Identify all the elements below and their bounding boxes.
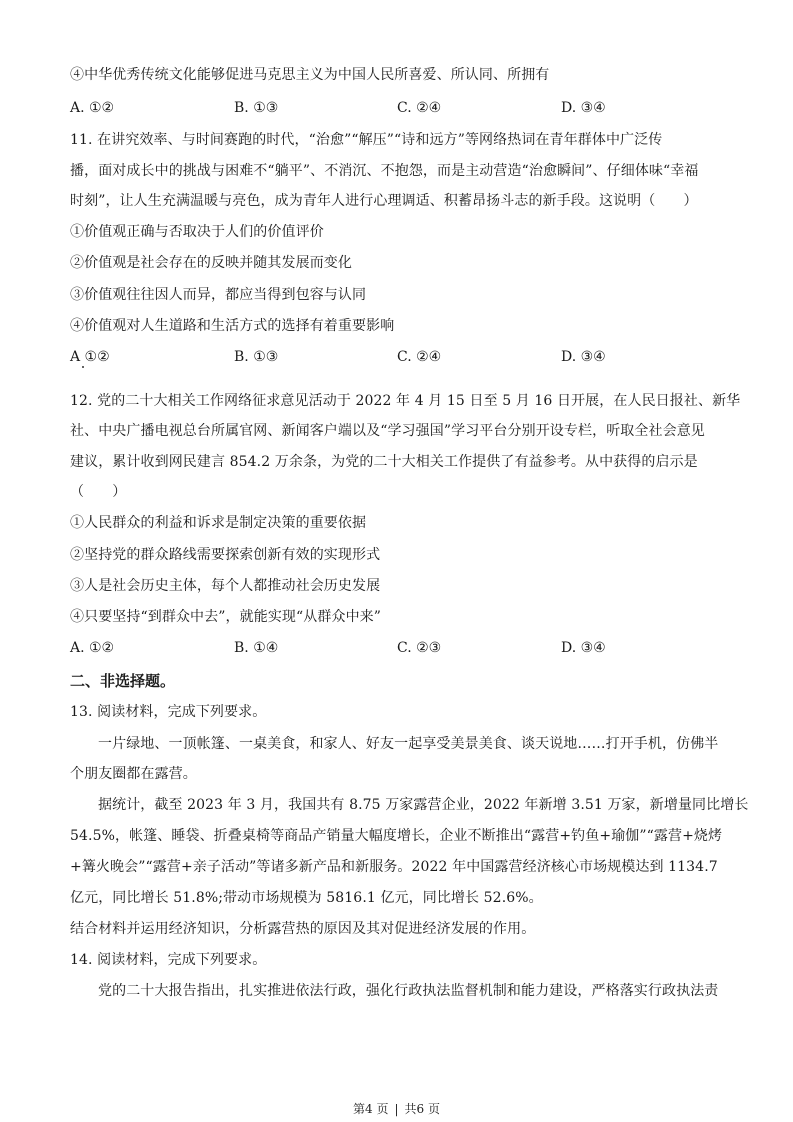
q10-option-b: B. ①③	[234, 98, 278, 118]
q12-statement-2: ②坚持党的群众路线需要探索创新有效的实现形式	[70, 545, 726, 565]
q12-statement-1: ①人民群众的利益和诉求是制定决策的重要依据	[70, 513, 726, 533]
q10-statement-4: ④中华优秀传统文化能够促进马克思主义为中国人民所喜爱、所认同、所拥有	[70, 65, 726, 85]
section-heading: 二、非选择题。	[70, 671, 175, 691]
q10-option-a: A. ①②	[70, 98, 114, 118]
q11-option-c: C. ②④	[397, 347, 441, 367]
q13-task: 结合材料并运用经济知识，分析露营热的原因及其对促进经济发展的作用。	[70, 919, 726, 939]
q12-stem-line-1: 12. 党的二十大相关工作网络征求意见活动于 2022 年 4 月 15 日至 …	[70, 391, 726, 411]
q11-options: A ①② B. ①③ C. ②④ D. ③④	[70, 347, 726, 367]
page-separator: |	[394, 1102, 398, 1116]
page-footer: 第4 页|共6 页	[0, 1100, 793, 1118]
q12-stem-line-2: 社、中央广播电视总台所属官网、新闻客户端以及“学习强国”学习平台分别开设专栏，听…	[70, 421, 726, 441]
q14-para1-line-1: 党的二十大报告指出，扎实推进依法行政，强化行政执法监督机制和能力建设，严格落实行…	[70, 981, 726, 1001]
q12-stem-line-3: 建议，累计收到网民建言 854.2 万余条，为党的二十大相关工作提供了有益参考。…	[70, 452, 726, 472]
q11-stem-line-2: 播，面对成长中的挑战与困难不“躺平”、不消沉、不抱怨，而是主动营造“治愈瞬间”、…	[70, 161, 726, 181]
q14-title: 14. 阅读材料，完成下列要求。	[70, 950, 726, 970]
q13-title: 13. 阅读材料，完成下列要求。	[70, 702, 726, 722]
q13-para2-line-1: 据统计，截至 2023 年 3 月，我国共有 8.75 万家露营企业，2022 …	[70, 795, 726, 815]
q12-option-d: D. ③④	[561, 638, 606, 658]
q11-statement-4: ④价值观对人生道路和生活方式的选择有着重要影响	[70, 316, 726, 336]
q12-statement-4: ④只要坚持“到群众中去”，就能实现“从群众中来”	[70, 607, 726, 627]
q11-option-d: D. ③④	[561, 347, 606, 367]
q11-option-a: A ①②	[70, 347, 110, 367]
q12-statement-3: ③人是社会历史主体，每个人都推动社会历史发展	[70, 576, 726, 596]
q13-para1-line-1: 一片绿地、一顶帐篷、一桌美食，和家人、好友一起享受美景美食、谈天说地……打开手机…	[70, 734, 726, 754]
q11-stem-line-3: 时刻”，让人生充满温暖与亮色，成为青年人进行心理调适、积蓄昂扬斗志的新手段。这说…	[70, 191, 726, 211]
q12-options: A. ①② B. ①④ C. ②③ D. ③④	[70, 638, 726, 658]
q11-statement-3: ③价值观往往因人而异，都应当得到包容与认同	[70, 285, 726, 305]
exam-page: ④中华优秀传统文化能够促进马克思主义为中国人民所喜爱、所认同、所拥有 A. ①②…	[0, 0, 793, 1122]
q10-option-c: C. ②④	[397, 98, 441, 118]
q11-stem-line-1: 11. 在讲究效率、与时间赛跑的时代，“治愈”“解压”“诗和远方”等网络热词在青…	[70, 130, 726, 150]
q12-option-c: C. ②③	[397, 638, 441, 658]
q10-options: A. ①② B. ①③ C. ②④ D. ③④	[70, 98, 726, 118]
q11-option-b: B. ①③	[234, 347, 278, 367]
q12-option-a: A. ①②	[70, 638, 114, 658]
q10-option-d: D. ③④	[561, 98, 606, 118]
q13-para2-line-3: +篝火晚会”“露营+亲子活动”等诸多新产品和新服务。2022 年中国露营经济核心…	[70, 857, 726, 877]
q11-statement-1: ①价值观正确与否取决于人们的价值评价	[70, 222, 726, 242]
page-current: 第4 页	[353, 1102, 388, 1116]
stray-dot-mark	[82, 366, 84, 368]
q13-para2-line-2: 54.5%，帐篷、睡袋、折叠桌椅等商品产销量大幅度增长，企业不断推出“露营+钓鱼…	[70, 826, 726, 846]
q13-para2-line-4: 亿元，同比增长 51.8%;带动市场规模为 5816.1 亿元，同比增长 52.…	[70, 888, 726, 908]
q12-option-b: B. ①④	[234, 638, 278, 658]
q12-stem-line-4: （ ）	[70, 482, 726, 502]
page-total: 共6 页	[405, 1102, 440, 1116]
q11-statement-2: ②价值观是社会存在的反映并随其发展而变化	[70, 253, 726, 273]
q13-para1-line-2: 个朋友圈都在露营。	[70, 764, 726, 784]
